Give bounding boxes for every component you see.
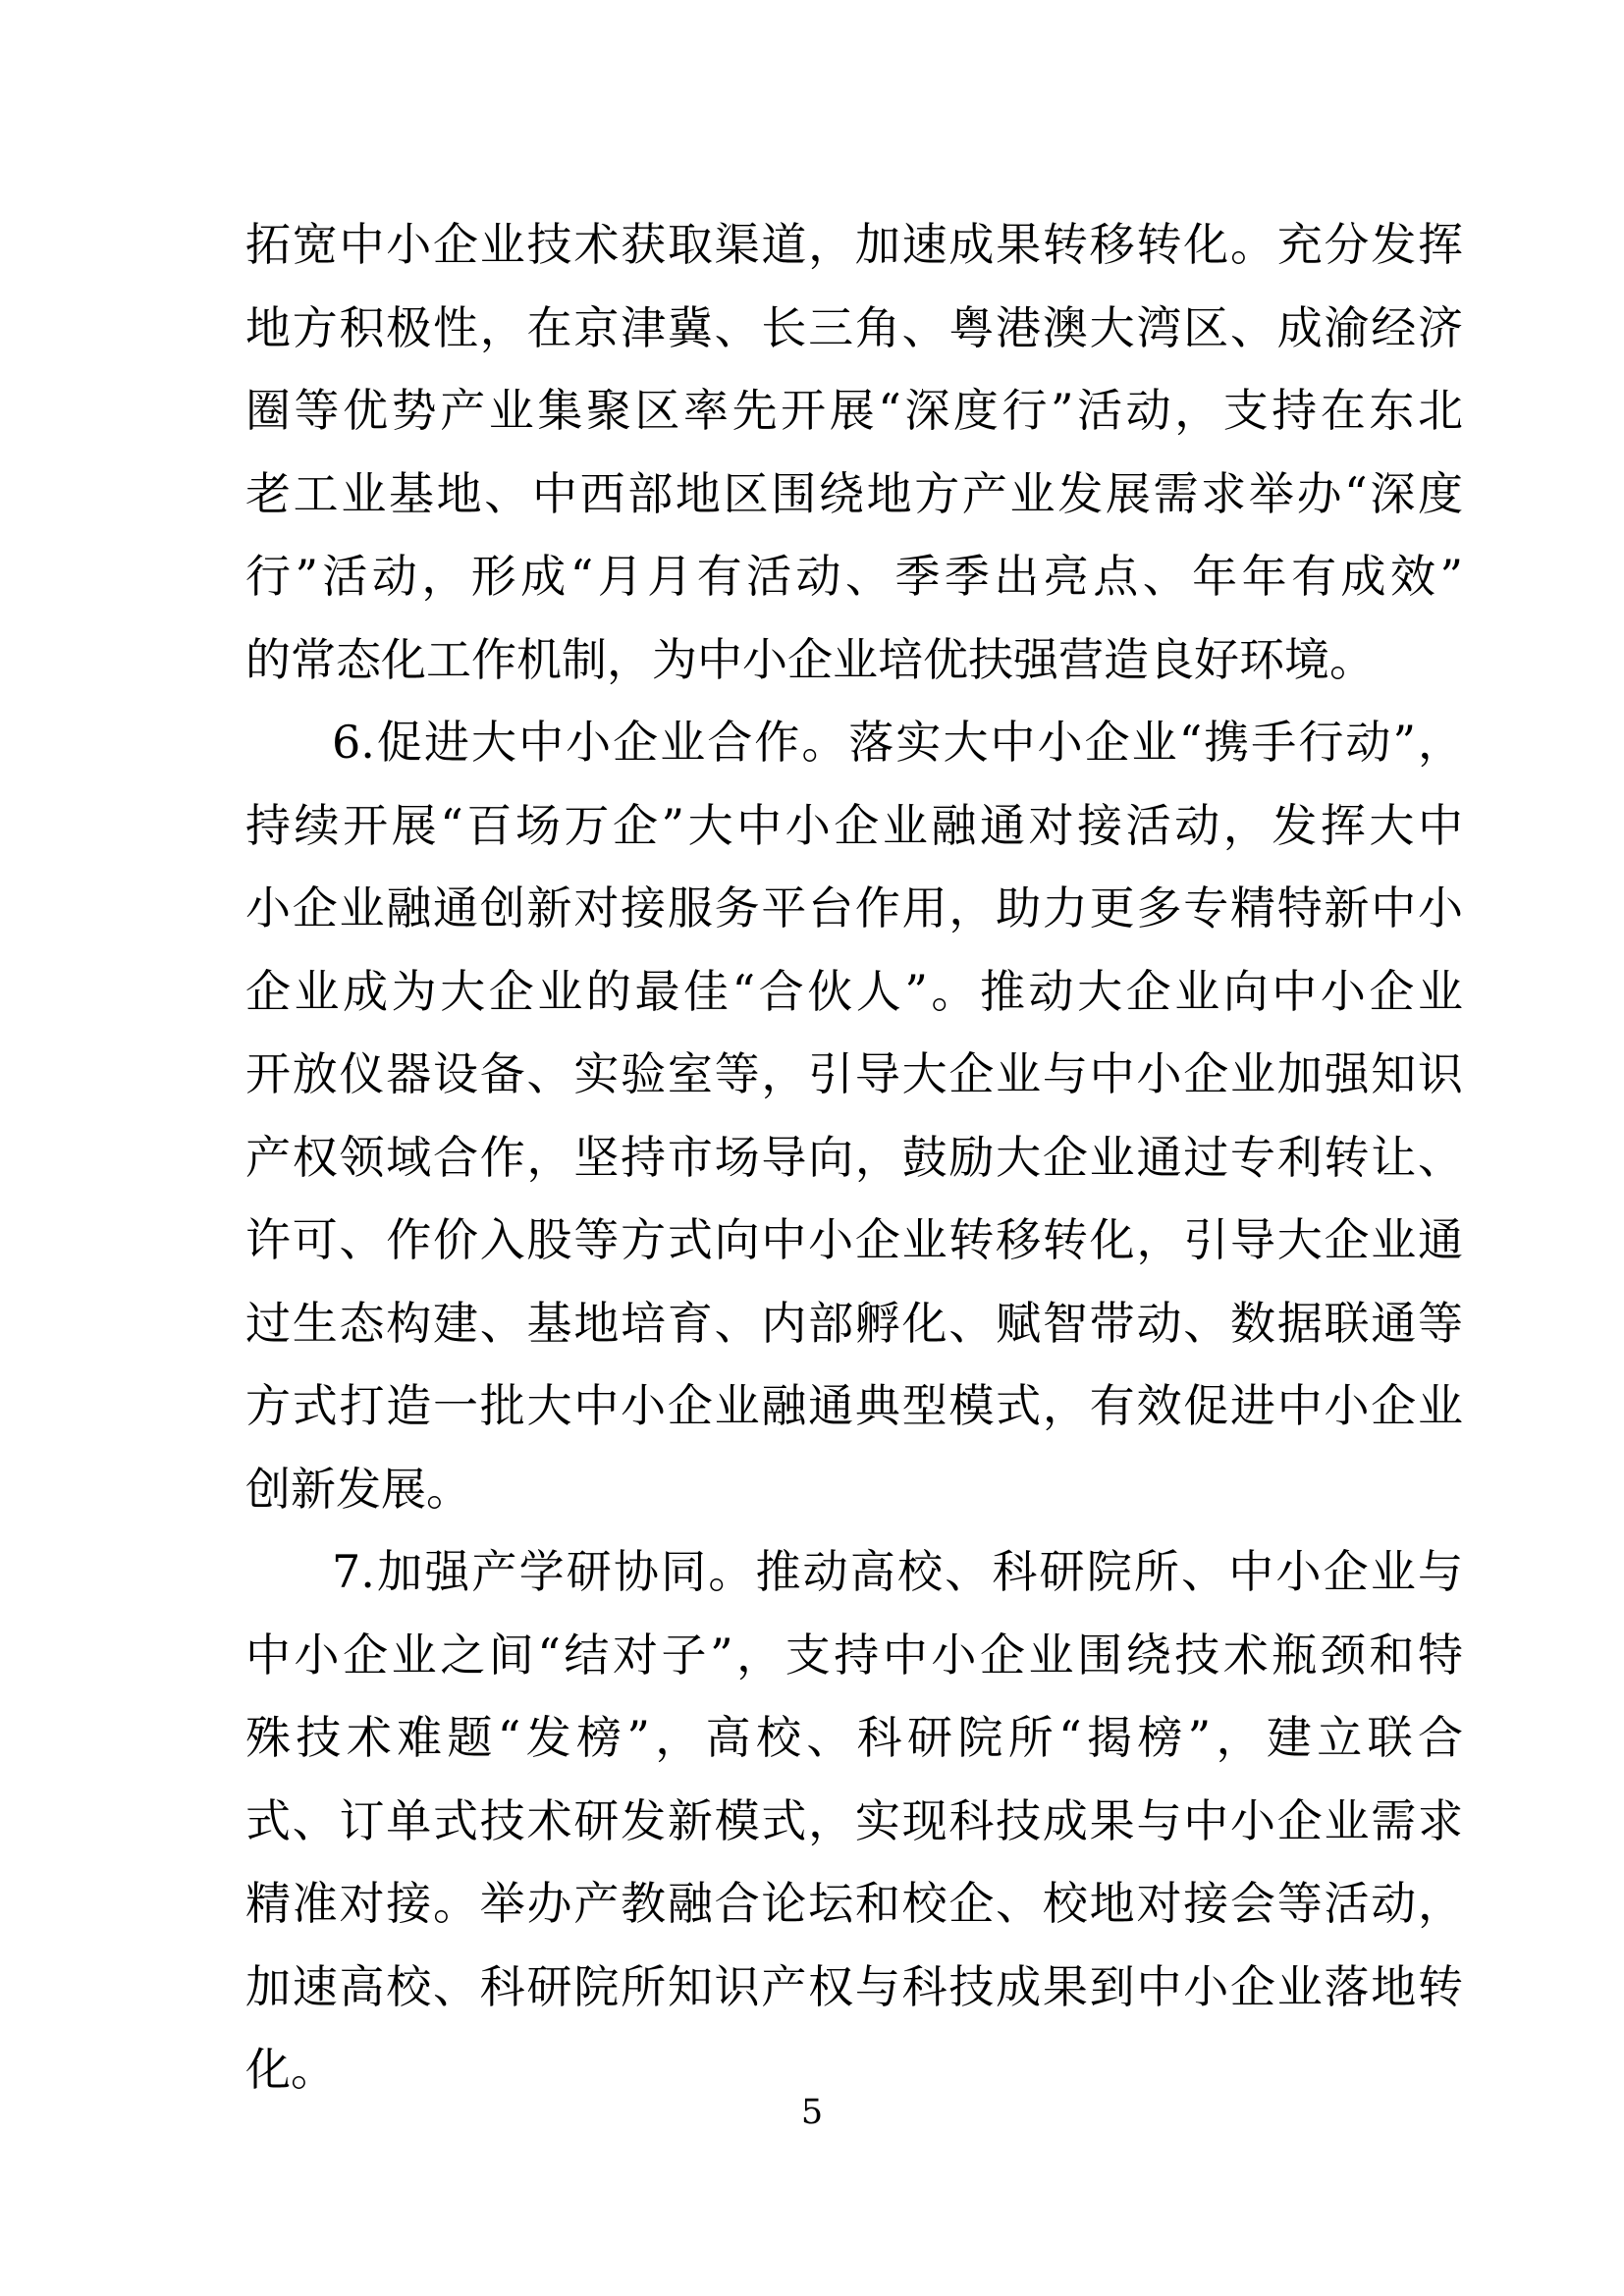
document-page: 拓宽中小企业技术获取渠道，加速成果转移转化。充分发挥地方积极性，在京津冀、长三角… bbox=[0, 0, 1624, 2296]
text-line: 创新发展。 bbox=[245, 1448, 1463, 1531]
text-line: 行”活动，形成“月月有活动、季季出亮点、年年有成效” bbox=[245, 535, 1463, 618]
text-line: 7.加强产学研协同。推动高校、科研院所、中小企业与 bbox=[245, 1530, 1463, 1614]
text-line: 老工业基地、中西部地区围绕地方产业发展需求举办“深度 bbox=[245, 453, 1463, 536]
text-line: 式、订单式技术研发新模式，实现科技成果与中小企业需求 bbox=[245, 1780, 1463, 1863]
text-line: 6.促进大中小企业合作。落实大中小企业“携手行动”， bbox=[245, 701, 1463, 784]
text-line: 圈等优势产业集聚区率先开展“深度行”活动，支持在东北 bbox=[245, 369, 1463, 453]
text-line: 加速高校、科研院所知识产权与科技成果到中小企业落地转 bbox=[245, 1946, 1463, 2029]
text-line: 产权领域合作，坚持市场导向，鼓励大企业通过专利转让、 bbox=[245, 1116, 1463, 1200]
text-line: 精准对接。举办产教融合论坛和校企、校地对接会等活动， bbox=[245, 1862, 1463, 1946]
text-line: 开放仪器设备、实验室等，引导大企业与中小企业加强知识 bbox=[245, 1033, 1463, 1116]
text-line: 地方积极性，在京津冀、长三角、粤港澳大湾区、成渝经济 bbox=[245, 287, 1463, 370]
text-line: 拓宽中小企业技术获取渠道，加速成果转移转化。充分发挥 bbox=[245, 203, 1463, 287]
text-line: 过生态构建、基地培育、内部孵化、赋智带动、数据联通等 bbox=[245, 1282, 1463, 1365]
document-body: 拓宽中小企业技术获取渠道，加速成果转移转化。充分发挥地方积极性，在京津冀、长三角… bbox=[245, 203, 1463, 2111]
text-line: 的常态化工作机制，为中小企业培优扶强营造良好环境。 bbox=[245, 618, 1463, 702]
text-line: 殊技术难题“发榜”，高校、科研院所“揭榜”，建立联合 bbox=[245, 1696, 1463, 1780]
text-line: 企业成为大企业的最佳“合伙人”。推动大企业向中小企业 bbox=[245, 950, 1463, 1034]
text-line: 持续开展“百场万企”大中小企业融通对接活动，发挥大中 bbox=[245, 784, 1463, 868]
text-line: 小企业融通创新对接服务平台作用，助力更多专精特新中小 bbox=[245, 867, 1463, 950]
text-line: 中小企业之间“结对子”，支持中小企业围绕技术瓶颈和特 bbox=[245, 1614, 1463, 1697]
page-number: 5 bbox=[0, 2093, 1624, 2132]
text-line: 方式打造一批大中小企业融通典型模式，有效促进中小企业 bbox=[245, 1364, 1463, 1448]
document-screenshot: { "page": { "number": "5", "background_c… bbox=[0, 0, 1624, 2296]
text-line: 许可、作价入股等方式向中小企业转移转化，引导大企业通 bbox=[245, 1199, 1463, 1282]
